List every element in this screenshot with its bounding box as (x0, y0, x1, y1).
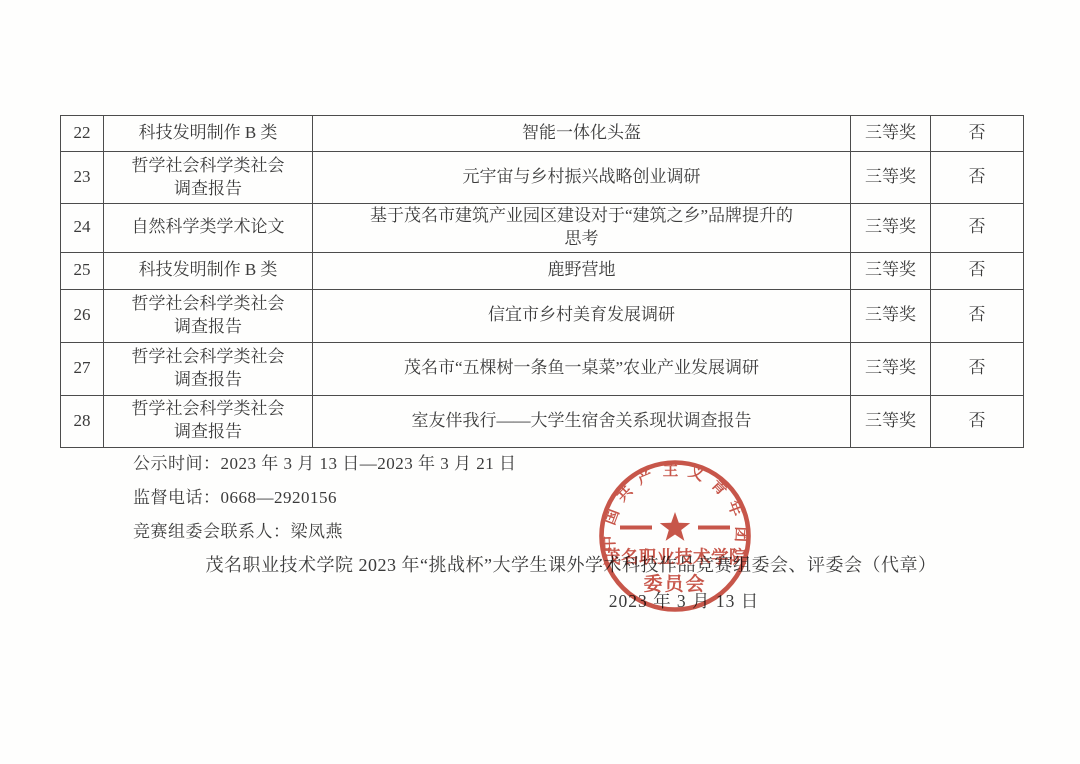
table-row: 22科技发明制作 B 类智能一体化头盔三等奖否 (61, 116, 1024, 152)
cell-category: 哲学社会科学类社会 调查报告 (104, 289, 313, 342)
cell-award: 三等奖 (851, 289, 931, 342)
cell-flag: 否 (931, 395, 1024, 447)
cell-flag: 否 (931, 289, 1024, 342)
table-row: 28哲学社会科学类社会 调查报告室友伴我行——大学生宿舍关系现状调查报告三等奖否 (61, 395, 1024, 447)
svg-text:中国共产主义青年团: 中国共产主义青年团 (600, 460, 752, 552)
cell-title: 室友伴我行——大学生宿舍关系现状调查报告 (313, 395, 851, 447)
cell-award: 三等奖 (851, 342, 931, 395)
cell-title: 鹿野营地 (313, 252, 851, 289)
publicity-period-line: 公示时间：2023 年 3 月 13 日—2023 年 3 月 21 日 (133, 449, 517, 474)
cell-title: 智能一体化头盔 (313, 116, 851, 152)
committee-contact-line: 竞赛组委会联系人：梁凤燕 (133, 517, 343, 542)
document-page: 22科技发明制作 B 类智能一体化头盔三等奖否23哲学社会科学类社会 调查报告元… (0, 0, 1080, 764)
cell-award: 三等奖 (851, 116, 931, 152)
cell-flag: 否 (931, 204, 1024, 253)
cell-no: 24 (61, 204, 104, 253)
cell-title: 基于茂名市建筑产业园区建设对于“建筑之乡”品牌提升的 思考 (313, 204, 851, 253)
cell-category: 哲学社会科学类社会 调查报告 (104, 152, 313, 204)
table-row: 25科技发明制作 B 类鹿野营地三等奖否 (61, 252, 1024, 289)
cell-category: 哲学社会科学类社会 调查报告 (104, 342, 313, 395)
issuer-signature-line: 茂名职业技术学院 2023 年“挑战杯”大学生课外学术科技作品竞赛组委会、评委会… (150, 551, 992, 577)
cell-flag: 否 (931, 152, 1024, 204)
cell-category: 科技发明制作 B 类 (104, 252, 313, 289)
cell-no: 23 (61, 152, 104, 204)
cell-award: 三等奖 (851, 204, 931, 253)
table-row: 26哲学社会科学类社会 调查报告信宜市乡村美育发展调研三等奖否 (61, 289, 1024, 342)
supervision-phone-line: 监督电话：0668—2920156 (133, 483, 337, 508)
table-row: 24自然科学类学术论文基于茂名市建筑产业园区建设对于“建筑之乡”品牌提升的 思考… (61, 204, 1024, 253)
table-row: 23哲学社会科学类社会 调查报告元宇宙与乡村振兴战略创业调研三等奖否 (61, 152, 1024, 204)
cell-title: 信宜市乡村美育发展调研 (313, 289, 851, 342)
cell-category: 科技发明制作 B 类 (104, 116, 313, 152)
cell-category: 自然科学类学术论文 (104, 204, 313, 253)
cell-no: 25 (61, 252, 104, 289)
seal-arc-text: 中国共产主义青年团 (600, 460, 752, 552)
cell-flag: 否 (931, 342, 1024, 395)
award-results-tbody: 22科技发明制作 B 类智能一体化头盔三等奖否23哲学社会科学类社会 调查报告元… (61, 116, 1024, 448)
cell-no: 28 (61, 395, 104, 447)
cell-no: 22 (61, 116, 104, 152)
issue-date: 2023 年 3 月 13 日 (558, 588, 810, 613)
cell-no: 26 (61, 289, 104, 342)
star-icon (660, 512, 690, 541)
cell-title: 茂名市“五棵树一条鱼一桌菜”农业产业发展调研 (313, 342, 851, 395)
cell-title: 元宇宙与乡村振兴战略创业调研 (313, 152, 851, 204)
cell-category: 哲学社会科学类社会 调查报告 (104, 395, 313, 447)
cell-flag: 否 (931, 116, 1024, 152)
cell-flag: 否 (931, 252, 1024, 289)
cell-no: 27 (61, 342, 104, 395)
cell-award: 三等奖 (851, 395, 931, 447)
table-row: 27哲学社会科学类社会 调查报告茂名市“五棵树一条鱼一桌菜”农业产业发展调研三等… (61, 342, 1024, 395)
award-results-table: 22科技发明制作 B 类智能一体化头盔三等奖否23哲学社会科学类社会 调查报告元… (60, 115, 1024, 448)
cell-award: 三等奖 (851, 252, 931, 289)
cell-award: 三等奖 (851, 152, 931, 204)
